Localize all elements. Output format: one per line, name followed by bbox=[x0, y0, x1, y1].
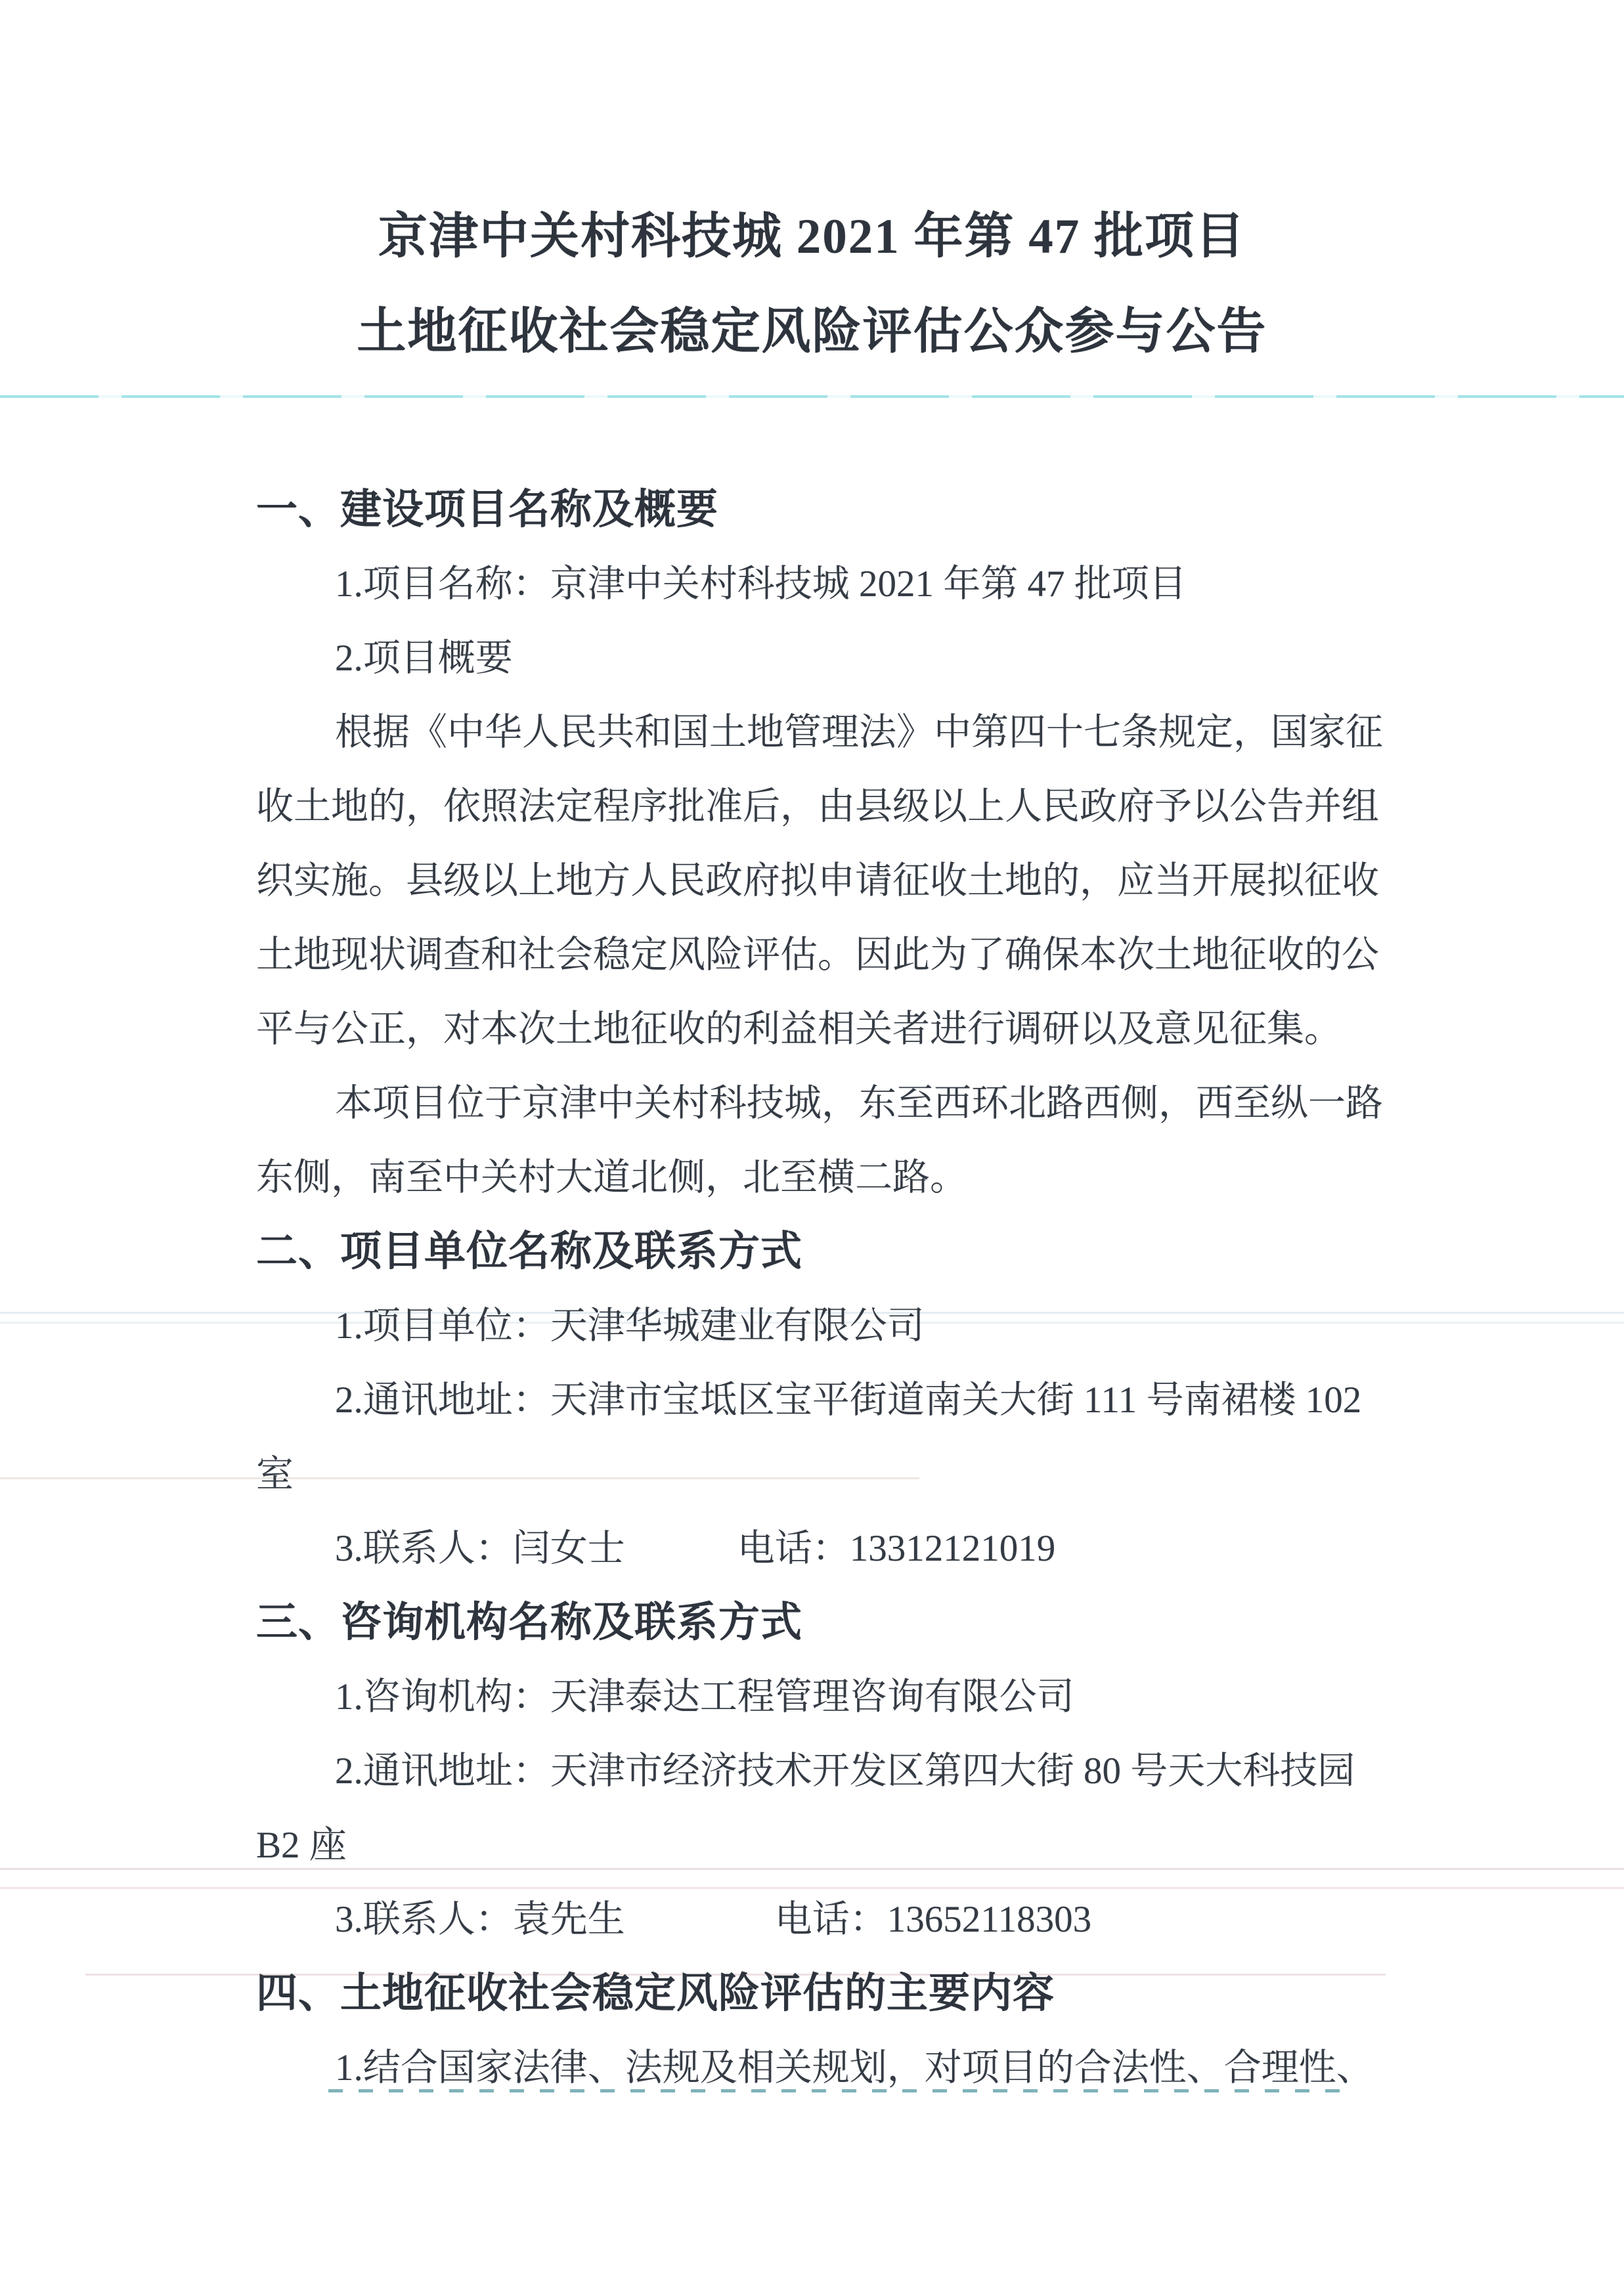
unit-address-line-1: 2.通讯地址：天津市宝坻区宝平街道南关大街 111 号南裙楼 102 bbox=[256, 1363, 1391, 1437]
doc-body: 一、建设项目名称及概要 1.项目名称：京津中关村科技城 2021 年第 47 批… bbox=[256, 473, 1391, 2105]
section-2-heading: 二、项目单位名称及联系方式 bbox=[256, 1215, 1391, 1289]
doc-title-line-1: 京津中关村科技城 2021 年第 47 批项目 bbox=[0, 189, 1624, 284]
assessment-content-line-1: 1.结合国家法律、法规及相关规划，对项目的合法性、合理性、 bbox=[256, 2031, 1391, 2105]
legal-basis-line-2: 收土地的，依照法定程序批准后，由县级以上人民政府予以公告并组 bbox=[256, 769, 1391, 844]
doc-title: 京津中关村科技城 2021 年第 47 批项目 土地征收社会稳定风险评估公众参与… bbox=[0, 189, 1624, 379]
unit-contact-line: 3.联系人：闫女士 电话：13312121019 bbox=[256, 1511, 1391, 1586]
legal-basis-line-4: 土地现状调查和社会稳定风险评估。因此为了确保本次土地征收的公 bbox=[256, 918, 1391, 992]
section-1-heading: 一、建设项目名称及概要 bbox=[256, 473, 1391, 547]
project-location-line-1: 本项目位于京津中关村科技城，东至西环北路西侧，西至纵一路 bbox=[256, 1066, 1391, 1140]
consultancy-contact-line: 3.联系人：袁先生 电话：13652118303 bbox=[256, 1882, 1391, 1957]
project-summary-label: 2.项目概要 bbox=[256, 621, 1391, 695]
project-unit-line: 1.项目单位：天津华城建业有限公司 bbox=[256, 1289, 1391, 1363]
section-3-heading: 三、咨询机构名称及联系方式 bbox=[256, 1586, 1391, 1660]
legal-basis-line-1: 根据《中华人民共和国土地管理法》中第四十七条规定，国家征 bbox=[256, 695, 1391, 769]
consultancy-address-line-2: B2 座 bbox=[256, 1808, 1391, 1882]
project-name-line: 1.项目名称：京津中关村科技城 2021 年第 47 批项目 bbox=[256, 547, 1391, 621]
unit-address-line-2: 室 bbox=[256, 1437, 1391, 1511]
section-4-heading: 四、土地征收社会稳定风险评估的主要内容 bbox=[256, 1957, 1391, 2031]
legal-basis-line-3: 织实施。县级以上地方人民政府拟申请征收土地的，应当开展拟征收 bbox=[256, 844, 1391, 918]
legal-basis-line-5: 平与公正，对本次土地征收的利益相关者进行调研以及意见征集。 bbox=[256, 992, 1391, 1066]
consultancy-name-line: 1.咨询机构：天津泰达工程管理咨询有限公司 bbox=[256, 1660, 1391, 1734]
doc-title-line-2: 土地征收社会稳定风险评估公众参与公告 bbox=[0, 284, 1624, 379]
consultancy-address-line-1: 2.通讯地址：天津市经济技术开发区第四大街 80 号天大科技园 bbox=[256, 1734, 1391, 1808]
scan-artifact-line-cyan bbox=[0, 395, 1624, 398]
scanned-document-page: 京津中关村科技城 2021 年第 47 批项目 土地征收社会稳定风险评估公众参与… bbox=[0, 0, 1624, 2296]
project-location-line-2: 东侧，南至中关村大道北侧，北至横二路。 bbox=[256, 1140, 1391, 1215]
